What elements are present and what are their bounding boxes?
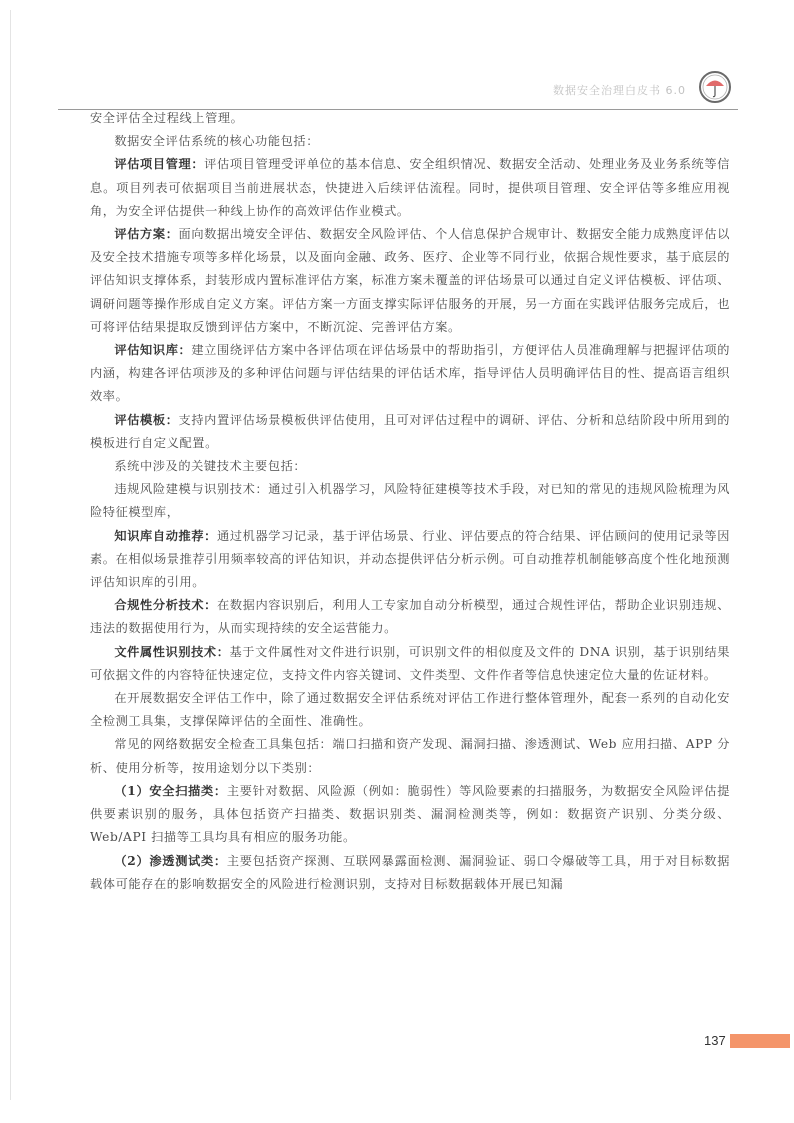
paragraph: 常见的网络数据安全检查工具集包括：端口扫描和资产发现、漏洞扫描、渗透测试、Web… — [90, 733, 730, 779]
paragraph-security-scanning: （1）安全扫描类：主要针对数据、风险源（例如：脆弱性）等风险要素的扫描服务，为数… — [90, 780, 730, 850]
paragraph-file-attribute-recognition: 文件属性识别技术：基于文件属性对文件进行识别，可识别文件的相似度及文件的 DNA… — [90, 641, 730, 687]
paragraph: 数据安全评估系统的核心功能包括： — [90, 130, 730, 153]
paragraph-knowledge-recommendation: 知识库自动推荐：通过机器学习记录，基于评估场景、行业、评估要点的符合结果、评估顾… — [90, 525, 730, 595]
paragraph: 在开展数据安全评估工作中，除了通过数据安全评估系统对评估工作进行整体管理外，配套… — [90, 687, 730, 733]
page-number: 137 — [704, 1033, 726, 1048]
umbrella-logo-icon — [698, 70, 732, 104]
page-accent-bar — [730, 1034, 790, 1048]
paragraph: 安全评估全过程线上管理。 — [90, 107, 730, 130]
paragraph-assessment-plan: 评估方案：面向数据出境安全评估、数据安全风险评估、个人信息保护合规审计、数据安全… — [90, 223, 730, 339]
paragraph-assessment-template: 评估模板：支持内置评估场景模板供评估使用，且可对评估过程中的调研、评估、分析和总… — [90, 409, 730, 455]
header-title: 数据安全治理白皮书 6.0 — [553, 82, 686, 98]
paragraph-risk-modeling: 违规风险建模与识别技术：通过引入机器学习，风险特征建模等技术手段，对已知的常见的… — [90, 478, 730, 524]
page-binding-line — [10, 10, 11, 1100]
paragraph-penetration-testing: （2）渗透测试类：主要包括资产探测、互联网暴露面检测、漏洞验证、弱口令爆破等工具… — [90, 850, 730, 896]
body-text: 安全评估全过程线上管理。 数据安全评估系统的核心功能包括： 评估项目管理：评估项… — [90, 107, 730, 896]
paragraph: 系统中涉及的关键技术主要包括： — [90, 455, 730, 478]
paragraph-compliance-analysis: 合规性分析技术：在数据内容识别后，利用人工专家加自动分析模型，通过合规性评估，帮… — [90, 594, 730, 640]
paragraph-assessment-project-management: 评估项目管理：评估项目管理受评单位的基本信息、安全组织情况、数据安全活动、处理业… — [90, 153, 730, 223]
paragraph-knowledge-base: 评估知识库：建立围绕评估方案中各评估项在评估场景中的帮助指引，方便评估人员准确理… — [90, 339, 730, 409]
